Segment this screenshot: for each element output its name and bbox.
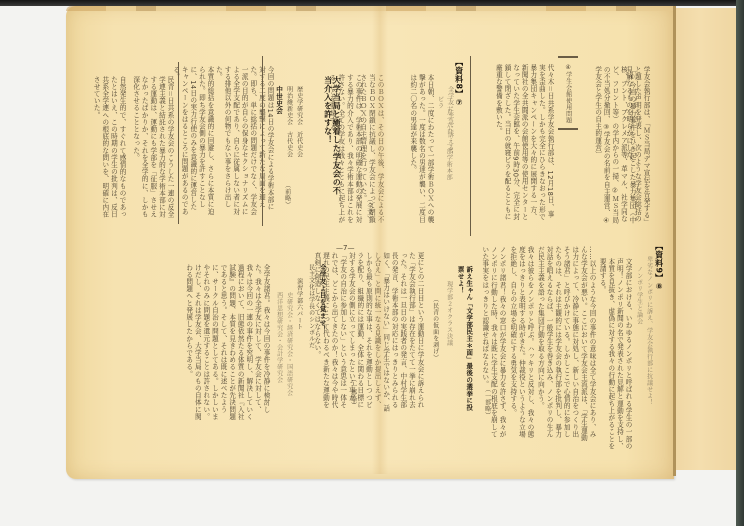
council-statement-lead: 学友会執行部は、「ＭＳ当局デマ宣伝を告発する」と題した声明を発表し、次のような学… bbox=[636, 66, 650, 226]
signatory: 歴史学研究会 bbox=[296, 86, 303, 125]
column-divider bbox=[262, 56, 263, 226]
article-9-dateline: ノンポリ学生と論会 bbox=[634, 266, 643, 366]
signatory: 古代史会 bbox=[286, 132, 293, 158]
column-divider bbox=[470, 56, 471, 236]
column-divider bbox=[178, 62, 179, 224]
bottom-left-title: 全学友よ目を覚ませ！ bbox=[318, 264, 327, 354]
bottom-left-org: 西洋思想研究会・会計学研究会 bbox=[274, 292, 283, 412]
bottom-left-org: 史研究会・経済研究会・国語研究会 bbox=[284, 292, 293, 412]
left-article-body: 今回の問題は14日の学友会による学術本部に対する二度の襲撃によって新たな局面を迎… bbox=[214, 66, 274, 216]
signatory-list: 歴史学研究会 近代史会 bbox=[294, 86, 303, 211]
bottom-left-subtitle: 民主文化は学長のシンボルだ bbox=[306, 264, 315, 364]
article-9-omission: （一部略） bbox=[482, 386, 491, 419]
left-article-body-2: 本質的総括を意識的に回避し、さらに本質に迫られた。即ち学友会側の暴力を許すことな… bbox=[184, 66, 214, 216]
cover-edge bbox=[736, 0, 744, 526]
article-9-body-2: ……以上のような今回の事件の意味は全て学友会にあり、みんな学友会が悪い。ここにお… bbox=[534, 246, 596, 442]
bottom-left-org: 演習学部六パート bbox=[294, 278, 303, 358]
article-9-body: 文学部における、いわゆるノンポリと呼ばれる学生の一部の声明！ノンポリ新聞の名で発… bbox=[598, 258, 632, 450]
box-rule bbox=[558, 128, 578, 130]
article-8-paragraph: この事件は、学術本部の明確な運動の発展に対する暴力的介入であり、我々学術本部はこ… bbox=[336, 74, 362, 224]
signatory: 明治維新史会 bbox=[286, 86, 293, 125]
callout-subline: 現学部２オクラス決議 bbox=[444, 281, 453, 381]
callout-headline: 訴え生ゃん「文学部民主＊面」最後の選挙に投票せよ！ bbox=[456, 266, 473, 416]
leftmost-article-body-2: 自然発生的で、すぐれて感情的なものであったとはいえ、この時期の学生の批判は、反日… bbox=[112, 76, 126, 224]
callout-tag: （民青の仮面を剥げ） bbox=[430, 296, 439, 376]
article-9-heading: 【資料9】⑧ bbox=[654, 242, 663, 292]
signatory: 中世史会 bbox=[274, 86, 283, 126]
page-number: —7— bbox=[336, 244, 354, 252]
left-article-omission: （前略） bbox=[282, 182, 291, 208]
article-9-body-3: 我々は彼らをノンポリと呼ぶ。ハッキリと反対し、我々の態度をはっきりと表明する時が… bbox=[506, 246, 534, 442]
council-statement-points: 〔①今回の暴力事件をひき起こした暴力集団（中核、ブント、ブクレメア派等、革マル、… bbox=[578, 66, 636, 226]
article-8-heading: 【資料8】⑦ bbox=[454, 58, 463, 108]
signatory: 近代史会 bbox=[296, 132, 303, 158]
article-9-subtitle: 卑劣なノンポリに訴え、学友会執行部に抗議せよ！ bbox=[644, 256, 653, 406]
article-8-dateline: 一二月一六日 一部学術本部ビラ bbox=[435, 96, 452, 186]
box-rule bbox=[558, 56, 578, 58]
leftmost-article-body: 民青＝日共系の学友会のこうした一連の反全学連主義と結託された暴力的な学術本部に対… bbox=[124, 76, 174, 224]
page-gutter bbox=[372, 6, 388, 474]
bottom-middle-omission: （一部略） bbox=[348, 376, 357, 409]
document-page: 大学当局と癒着した学友会の不当介入を許すな！ 歴史学研究会 近代史会 明治維新史… bbox=[66, 6, 674, 479]
box-title: ④学生会館使用問題 bbox=[563, 64, 572, 126]
adjacent-page-edge bbox=[676, 8, 736, 470]
article-8-paragraph: 本日朝、二度にわたって一部学術ＢＯＸへの襲撃があった。一度は数名の男達が襲い、二… bbox=[384, 74, 434, 224]
council-statement-body: 代々木＝日共系学友会執行部は、12月18日、事実を歪曲した。しかも完全にひらきな… bbox=[496, 64, 554, 224]
bottom-left-body: 全学友諸君。我々は今回の事件を冷静に検討した。我々は全学友に対して、学友会に対し… bbox=[178, 264, 270, 426]
